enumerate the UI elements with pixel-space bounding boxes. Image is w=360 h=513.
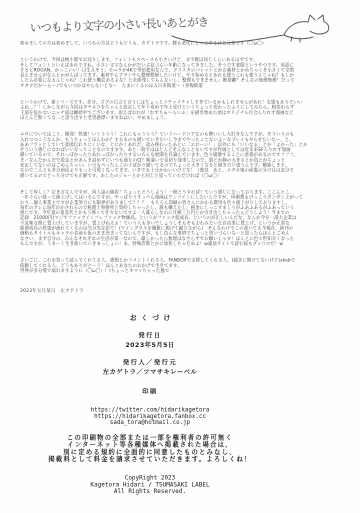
colophon-section-publisher: 発行人／発行元 左カゲトラ／ツマサキレーベル xyxy=(5,358,295,377)
issue-date-value: 2023年5月5日 xyxy=(5,340,295,349)
printing-label: 印刷 xyxy=(5,387,295,396)
afterword-body: 初めましての方は初めまして、いつもの方はどうもどうも、カゲトラです。腰も老化にし… xyxy=(20,41,350,303)
page-title: いつもより文字の小さい長いあとがき xyxy=(30,15,209,35)
signature-date: 2023年五月某日 左カゲトラ xyxy=(20,289,350,294)
publisher-value: 左カゲトラ／ツマサキレーベル xyxy=(5,367,295,376)
colophon: おくづけ 発行日 2023年5月5日 発行人／発行元 左カゲトラ／ツマサキレーベ… xyxy=(5,312,295,508)
body-paragraph: エロについてはこう、開発！快感！いくううう！これにもゃううう？ていうハードコアな… xyxy=(20,132,350,178)
colophon-section-printing: 印刷 xyxy=(5,387,295,396)
body-paragraph: 初めましての方は初めまして、いつもの方はどうもどうも、カゲトラです。腰も老化にし… xyxy=(20,41,350,46)
body-paragraph: そして珍しく？泣き言なんですが、同人誌の値段！ちょっとどうしよう！一冊どうすれば… xyxy=(20,190,350,247)
colophon-heading: おくづけ xyxy=(5,312,295,322)
body-paragraph: というわけで、今回は極小版でお送りします。フォントもスペースも小さいけど、文字数… xyxy=(20,58,350,89)
body-paragraph: というわけで、新シリーズです。多分、ズブの百合と言うにはちょっとメチャメチャしす… xyxy=(20,100,350,121)
colophon-section-issue-date: 発行日 2023年5月5日 xyxy=(5,331,295,350)
issue-date-label: 発行日 xyxy=(5,331,295,340)
afterword-page: いつもより文字の小さい長いあとがき 初めましての方は初めまして、いつもの方はどう… xyxy=(0,0,360,513)
reprint-warning: この印刷物の全部または一部を権利者の許可無く インターネット等各種媒体へ掲載され… xyxy=(5,434,295,463)
contact-links: https://twitter.com/hidarikagetora https… xyxy=(5,407,295,426)
publisher-label: 発行人／発行元 xyxy=(5,358,295,367)
body-paragraph: さいごに、これを買って読んでくれてる人、感想とかコメントくれる人、FANBOXで… xyxy=(20,258,350,273)
copyright-notice: CopyRight 2023 Kagetora Hidari / TSUMASA… xyxy=(5,475,295,495)
